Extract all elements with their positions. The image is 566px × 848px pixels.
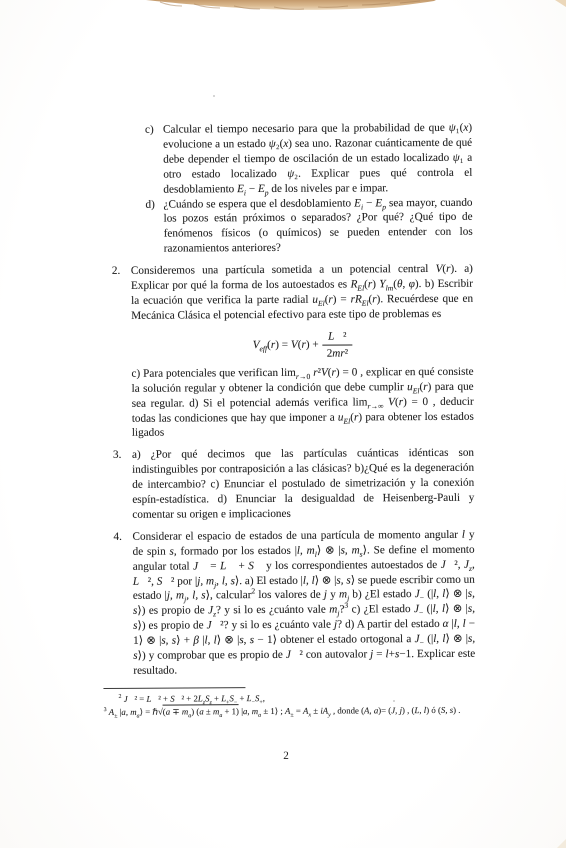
problem-number: 3.: [113, 448, 121, 463]
scan-corner-artifact-top-right: [555, 0, 566, 7]
footnote-3: 3 A± |a, ma⟩ = ℏ√(a ∓ ma) (a ± ma + 1) |…: [104, 703, 476, 718]
subitem-label: c): [145, 123, 154, 138]
dust-speck: [213, 95, 215, 97]
subitem-label: d): [145, 197, 154, 212]
problem-text: Consideremos una partícula sometida a un…: [131, 263, 473, 322]
problem-number: 2.: [112, 264, 120, 279]
scan-edge-texture: [146, 0, 436, 14]
fraction-denominator: 2mr²: [323, 344, 352, 360]
problem-text: a) ¿Por qué decimos que las partículas c…: [132, 447, 474, 521]
problem-number: 4.: [113, 530, 121, 545]
problem-1-subitem-d: d) ¿Cuándo se espera que el desdoblamien…: [100, 195, 472, 257]
equation-effective-potential: Veff(r) = V(r) + L⃗² 2mr²: [131, 329, 473, 362]
scanned-document-page: c) Calcular el tiempo necesario para que…: [0, 0, 566, 848]
problem-4: 4. Considerar el espacio de estados de u…: [102, 528, 475, 679]
page-number: 2: [100, 749, 472, 763]
footnote-block: 2 J⃗² = L⃗² + S⃗² + 2LzSz + L+S− + L−S+,…: [103, 686, 475, 718]
footnote-rule: [103, 687, 245, 689]
subitem-text: ¿Cuándo se espera que el desdoblamiento …: [163, 196, 472, 255]
problem-3: 3. a) ¿Por qué decimos que las partícula…: [102, 446, 474, 523]
wicker-texture-graphic: [146, 0, 436, 14]
fraction-numerator: L⃗²: [323, 329, 352, 344]
subitem-text: Calcular el tiempo necesario para que la…: [163, 122, 472, 196]
scan-corner-artifact-bottom-right: [557, 839, 566, 848]
text-block: c) Calcular el tiempo necesario para que…: [100, 121, 476, 718]
equation-lhs: Veff(r) = V(r) +: [253, 338, 319, 352]
equation-fraction: L⃗² 2mr²: [323, 329, 353, 360]
problem-text: c) Para potenciales que verifican limr→0…: [131, 366, 473, 440]
problem-text: Considerar el espacio de estados de una …: [132, 529, 475, 677]
problem-1-subitem-c: c) Calcular el tiempo necesario para que…: [100, 121, 472, 198]
problem-2: 2. Consideremos una partícula sometida a…: [101, 262, 474, 441]
